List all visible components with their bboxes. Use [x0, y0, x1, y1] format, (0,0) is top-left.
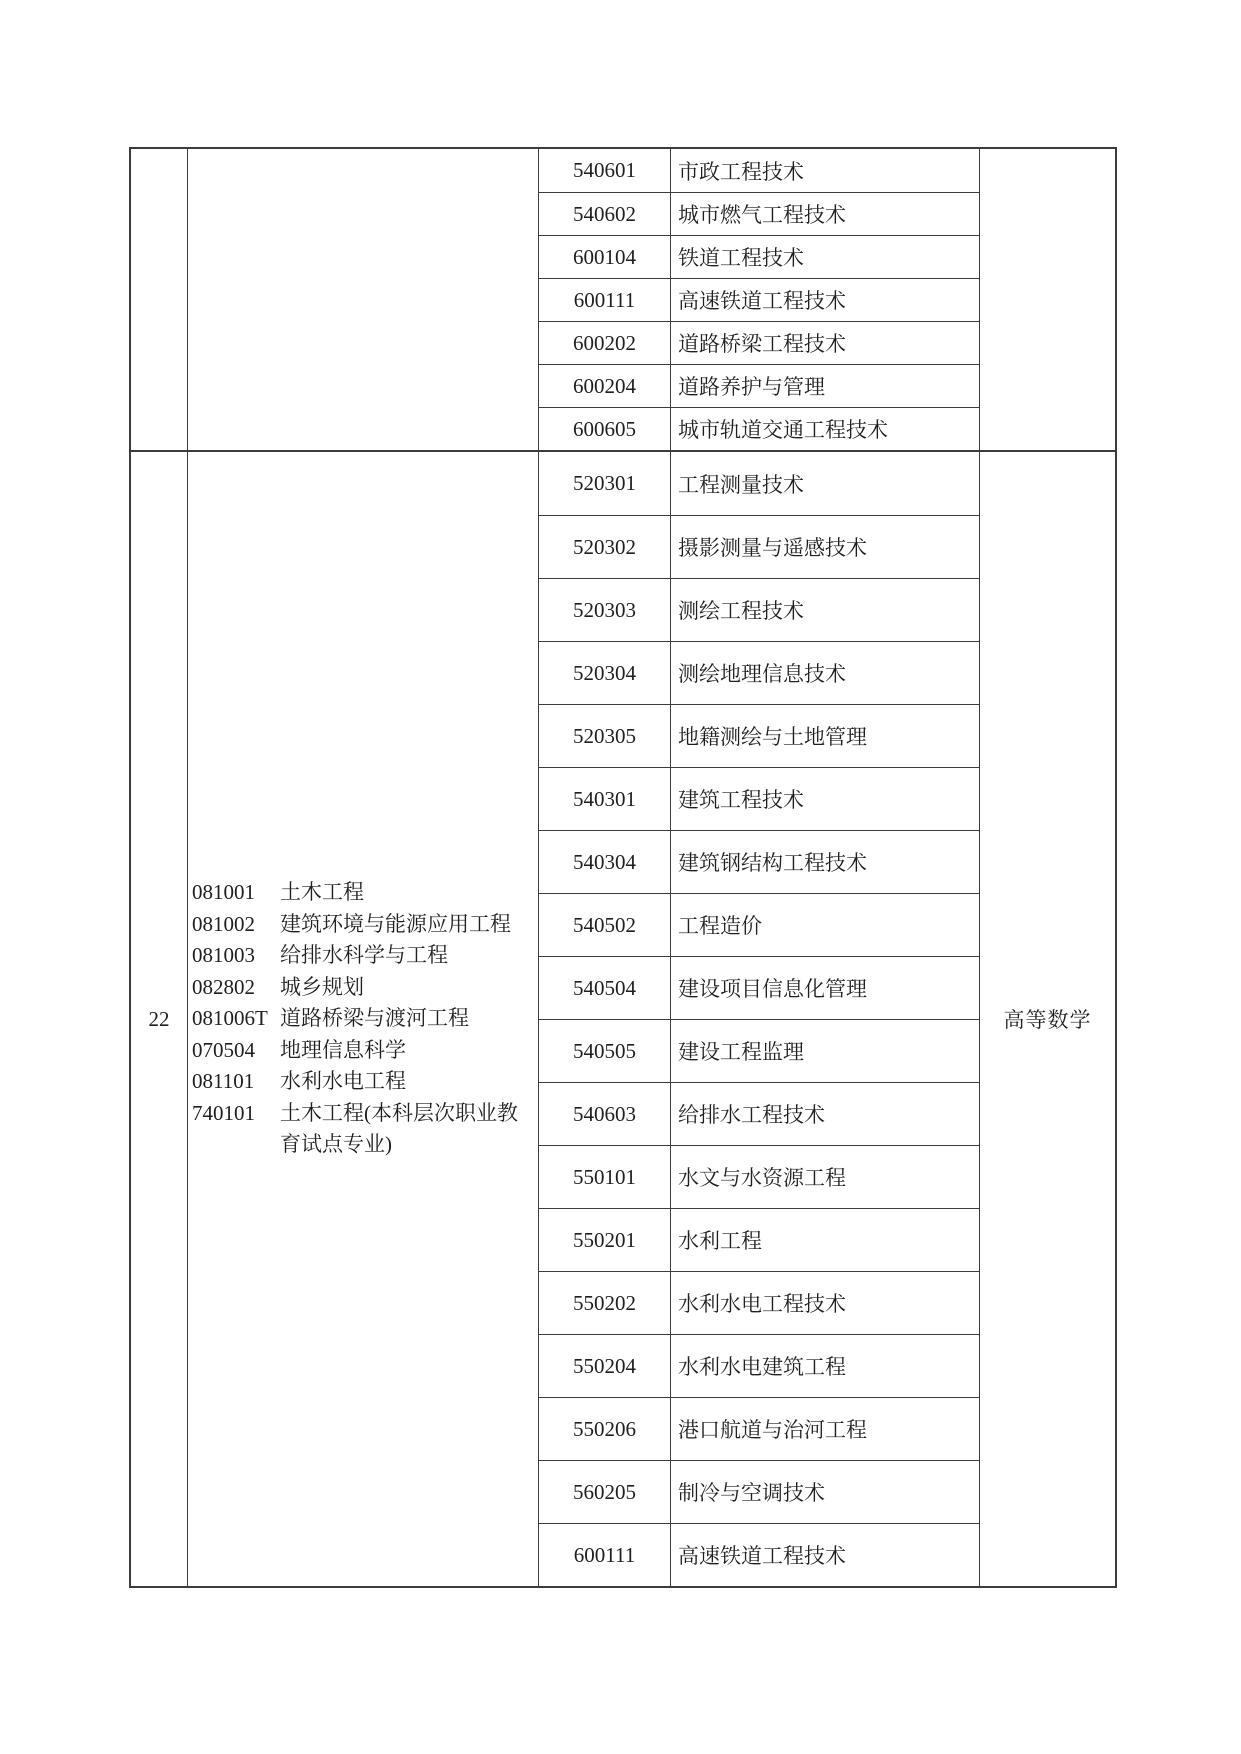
specialty-rows: 540601 市政工程技术 540602 城市燃气工程技术	[539, 149, 979, 450]
specialty-code: 540601	[573, 158, 636, 183]
specialty-name: 建设项目信息化管理	[678, 973, 867, 1003]
specialty-name: 水利水电工程技术	[678, 1288, 846, 1318]
exam-subject-cell: 高等数学	[979, 452, 1115, 1586]
specialty-name-cell: 建设项目信息化管理	[670, 957, 979, 1019]
specialty-code: 540602	[573, 202, 636, 227]
majors-table: 540601 市政工程技术 540602 城市燃气工程技术	[129, 147, 1117, 1588]
specialty-code-cell: 600111	[539, 1524, 670, 1586]
specialty-name: 高速铁道工程技术	[678, 1540, 846, 1570]
specialty-name-cell: 地籍测绘与土地管理	[670, 705, 979, 767]
exam-subject-cell	[979, 149, 1115, 450]
specialty-name-cell: 水利工程	[670, 1209, 979, 1271]
undergrad-major-item: 081002 建筑环境与能源应用工程	[192, 909, 535, 941]
specialty-code: 560205	[573, 1480, 636, 1505]
specialty-code: 520302	[573, 535, 636, 560]
specialty-row: 600111 高速铁道工程技术	[539, 1523, 979, 1586]
specialty-row: 550201 水利工程	[539, 1208, 979, 1271]
specialty-row: 560205 制冷与空调技术	[539, 1460, 979, 1523]
table-row-group-22: 22 081001 土木工程 081002 建筑环境与能源应用工程 081003	[131, 450, 1115, 1586]
specialty-code-cell: 600104	[539, 236, 670, 278]
specialty-code: 550206	[573, 1417, 636, 1442]
undergrad-major-item: 082802 城乡规划	[192, 972, 535, 1004]
specialty-code-cell: 540601	[539, 149, 670, 192]
specialty-row: 540603 给排水工程技术	[539, 1082, 979, 1145]
specialty-name: 建筑工程技术	[678, 784, 804, 814]
specialty-code: 540301	[573, 787, 636, 812]
specialty-code-cell: 600204	[539, 365, 670, 407]
specialty-row: 540602 城市燃气工程技术	[539, 192, 979, 235]
specialty-code: 550101	[573, 1165, 636, 1190]
specialty-code-cell: 600605	[539, 408, 670, 450]
specialty-code-cell: 520303	[539, 579, 670, 641]
specialty-name: 测绘地理信息技术	[678, 658, 846, 688]
specialty-code: 600104	[573, 245, 636, 270]
specialty-name-cell: 城市燃气工程技术	[670, 193, 979, 235]
specialty-name: 水利工程	[678, 1225, 762, 1255]
specialty-row: 540601 市政工程技术	[539, 149, 979, 192]
undergrad-major-item: 081101 水利水电工程	[192, 1066, 535, 1098]
specialty-name-cell: 港口航道与治河工程	[670, 1398, 979, 1460]
specialty-name-cell: 水利水电建筑工程	[670, 1335, 979, 1397]
specialty-code: 540504	[573, 976, 636, 1001]
specialty-name: 工程测量技术	[678, 469, 804, 499]
undergrad-major-code: 081006T	[192, 1003, 280, 1035]
specialty-code-cell: 520301	[539, 452, 670, 515]
specialty-code: 520305	[573, 724, 636, 749]
specialty-name-cell: 水文与水资源工程	[670, 1146, 979, 1208]
specialty-code: 520301	[573, 471, 636, 496]
specialty-name-cell: 摄影测量与遥感技术	[670, 516, 979, 578]
specialty-name: 制冷与空调技术	[678, 1477, 825, 1507]
specialty-name-cell: 建筑工程技术	[670, 768, 979, 830]
undergrad-major-name: 土木工程(本科层次职业教育试点专业)	[280, 1098, 535, 1161]
specialty-name: 市政工程技术	[678, 156, 804, 186]
specialty-name: 建筑钢结构工程技术	[678, 847, 867, 877]
undergrad-major-item: 081003 给排水科学与工程	[192, 940, 535, 972]
undergrad-major-code: 070504	[192, 1035, 280, 1067]
specialty-code-cell: 520305	[539, 705, 670, 767]
row-number-cell: 22	[131, 452, 188, 1586]
undergrad-major-code: 082802	[192, 972, 280, 1004]
undergrad-major-item: 081006T 道路桥梁与渡河工程	[192, 1003, 535, 1035]
specialty-code-cell: 540603	[539, 1083, 670, 1145]
undergrad-major-item: 081001 土木工程	[192, 877, 535, 909]
specialty-name-cell: 高速铁道工程技术	[670, 1524, 979, 1586]
specialty-row: 550206 港口航道与治河工程	[539, 1397, 979, 1460]
undergrad-major-item: 740101 土木工程(本科层次职业教育试点专业)	[192, 1098, 535, 1161]
specialty-code: 600111	[574, 1543, 635, 1568]
table-row-group-continuation: 540601 市政工程技术 540602 城市燃气工程技术	[131, 149, 1115, 450]
specialty-code: 540502	[573, 913, 636, 938]
undergrad-majors-cell	[188, 149, 539, 450]
specialty-name: 给排水工程技术	[678, 1099, 825, 1129]
specialty-row: 550202 水利水电工程技术	[539, 1271, 979, 1334]
specialty-name: 城市燃气工程技术	[678, 199, 846, 229]
specialty-name: 港口航道与治河工程	[678, 1414, 867, 1444]
undergrad-major-code: 081003	[192, 940, 280, 972]
specialty-code: 540505	[573, 1039, 636, 1064]
row-number-cell	[131, 149, 188, 450]
specialty-name: 高速铁道工程技术	[678, 285, 846, 315]
undergrad-major-code: 740101	[192, 1098, 280, 1130]
specialty-name-cell: 市政工程技术	[670, 149, 979, 192]
row-number: 22	[149, 1007, 170, 1032]
specialty-name: 测绘工程技术	[678, 595, 804, 625]
specialty-name-cell: 给排水工程技术	[670, 1083, 979, 1145]
specialty-name-cell: 建筑钢结构工程技术	[670, 831, 979, 893]
specialty-code-cell: 550206	[539, 1398, 670, 1460]
specialty-name: 工程造价	[678, 910, 762, 940]
undergrad-major-code: 081101	[192, 1066, 280, 1098]
specialty-code-cell: 550101	[539, 1146, 670, 1208]
specialty-name-cell: 高速铁道工程技术	[670, 279, 979, 321]
specialty-name: 道路桥梁工程技术	[678, 328, 846, 358]
undergrad-majors-cell: 081001 土木工程 081002 建筑环境与能源应用工程 081003 给排…	[188, 452, 539, 1586]
specialty-row: 540304 建筑钢结构工程技术	[539, 830, 979, 893]
specialty-row: 600111 高速铁道工程技术	[539, 278, 979, 321]
specialty-rows: 520301 工程测量技术 520302 摄影测量与遥感技术	[539, 452, 979, 1586]
specialty-code-cell: 540304	[539, 831, 670, 893]
specialty-name: 地籍测绘与土地管理	[678, 721, 867, 751]
undergrad-major-item: 070504 地理信息科学	[192, 1035, 535, 1067]
specialty-name: 道路养护与管理	[678, 371, 825, 401]
undergrad-major-code: 081002	[192, 909, 280, 941]
undergrad-major-name: 给排水科学与工程	[280, 940, 535, 972]
specialty-row: 540505 建设工程监理	[539, 1019, 979, 1082]
specialty-name: 水利水电建筑工程	[678, 1351, 846, 1381]
specialty-code-cell: 540301	[539, 768, 670, 830]
specialty-name: 铁道工程技术	[678, 242, 804, 272]
specialty-code: 550201	[573, 1228, 636, 1253]
specialty-code: 520303	[573, 598, 636, 623]
specialty-row: 550101 水文与水资源工程	[539, 1145, 979, 1208]
specialty-row: 550204 水利水电建筑工程	[539, 1334, 979, 1397]
specialty-code-cell: 550202	[539, 1272, 670, 1334]
undergrad-major-code: 081001	[192, 877, 280, 909]
specialty-code-cell: 520302	[539, 516, 670, 578]
specialty-code-cell: 560205	[539, 1461, 670, 1523]
specialty-name-cell: 工程造价	[670, 894, 979, 956]
specialty-code: 600111	[574, 288, 635, 313]
specialty-name: 摄影测量与遥感技术	[678, 532, 867, 562]
specialty-row: 520301 工程测量技术	[539, 452, 979, 515]
specialty-row: 540504 建设项目信息化管理	[539, 956, 979, 1019]
specialty-row: 600202 道路桥梁工程技术	[539, 321, 979, 364]
specialty-name-cell: 测绘工程技术	[670, 579, 979, 641]
undergrad-major-name: 建筑环境与能源应用工程	[280, 909, 535, 941]
specialty-code-cell: 520304	[539, 642, 670, 704]
specialty-row: 520304 测绘地理信息技术	[539, 641, 979, 704]
specialty-code-cell: 600111	[539, 279, 670, 321]
specialty-code-cell: 600202	[539, 322, 670, 364]
specialty-code-cell: 540502	[539, 894, 670, 956]
specialty-row: 520305 地籍测绘与土地管理	[539, 704, 979, 767]
specialty-code: 520304	[573, 661, 636, 686]
specialty-name-cell: 水利水电工程技术	[670, 1272, 979, 1334]
specialty-code: 600204	[573, 374, 636, 399]
specialty-row: 520302 摄影测量与遥感技术	[539, 515, 979, 578]
specialty-code: 540304	[573, 850, 636, 875]
specialty-row: 520303 测绘工程技术	[539, 578, 979, 641]
specialty-row: 600605 城市轨道交通工程技术	[539, 407, 979, 450]
specialty-name-cell: 道路桥梁工程技术	[670, 322, 979, 364]
specialty-name-cell: 工程测量技术	[670, 452, 979, 515]
specialty-code-cell: 540504	[539, 957, 670, 1019]
specialty-row: 600104 铁道工程技术	[539, 235, 979, 278]
specialty-code: 550204	[573, 1354, 636, 1379]
specialty-name: 建设工程监理	[678, 1036, 804, 1066]
specialty-code-cell: 550201	[539, 1209, 670, 1271]
specialty-code: 550202	[573, 1291, 636, 1316]
undergrad-major-name: 道路桥梁与渡河工程	[280, 1003, 535, 1035]
specialty-name-cell: 测绘地理信息技术	[670, 642, 979, 704]
specialty-code: 600202	[573, 331, 636, 356]
specialty-code-cell: 550204	[539, 1335, 670, 1397]
specialty-name-cell: 城市轨道交通工程技术	[670, 408, 979, 450]
specialty-code-cell: 540602	[539, 193, 670, 235]
specialty-row: 540301 建筑工程技术	[539, 767, 979, 830]
undergrad-major-name: 土木工程	[280, 877, 535, 909]
specialty-code-cell: 540505	[539, 1020, 670, 1082]
specialty-row: 600204 道路养护与管理	[539, 364, 979, 407]
specialty-code: 540603	[573, 1102, 636, 1127]
specialty-code: 600605	[573, 417, 636, 442]
document-page: 540601 市政工程技术 540602 城市燃气工程技术	[0, 0, 1241, 1754]
undergrad-major-name: 地理信息科学	[280, 1035, 535, 1067]
undergrad-major-name: 水利水电工程	[280, 1066, 535, 1098]
specialty-name-cell: 建设工程监理	[670, 1020, 979, 1082]
undergrad-major-name: 城乡规划	[280, 972, 535, 1004]
exam-subject: 高等数学	[1004, 1004, 1092, 1034]
specialty-name-cell: 道路养护与管理	[670, 365, 979, 407]
specialty-name-cell: 铁道工程技术	[670, 236, 979, 278]
specialty-name-cell: 制冷与空调技术	[670, 1461, 979, 1523]
specialty-row: 540502 工程造价	[539, 893, 979, 956]
specialty-name: 水文与水资源工程	[678, 1162, 846, 1192]
specialty-name: 城市轨道交通工程技术	[678, 414, 888, 444]
